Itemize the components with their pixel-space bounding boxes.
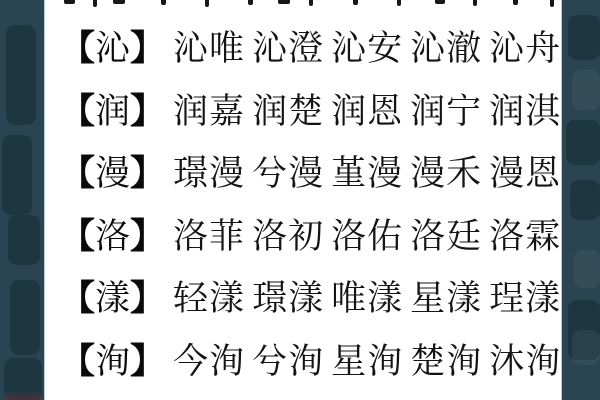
bracket-close-icon: 】 [130,84,165,134]
name-group-row-yang: 【 漾 】 轻漾 璟漾 唯漾 星漾 珵漾 [60,265,562,328]
bracket-close-icon: 】 [130,271,165,321]
pattern-blob [2,135,32,215]
name-item: 润嘉 [173,84,245,134]
group-character: 沁 [95,21,130,71]
glyph-fragment [435,0,445,4]
group-character: 洵 [95,334,130,384]
name-item: 洛霖 [489,209,561,259]
name-group-row-run: 【 润 】 润嘉 润楚 润恩 润宁 润淇 [60,78,562,141]
bracket-close-icon: 】 [130,334,165,384]
glyph-fragment [113,0,125,4]
name-group-list: 【 沁 】 沁唯 沁澄 沁安 沁澈 沁舟 【 润 】 润嘉 润楚 润恩 润宁 润… [60,15,562,390]
pattern-blob [8,215,40,265]
name-item: 星洵 [331,334,403,384]
name-item: 楚洵 [410,334,482,384]
name-item: 沐洵 [489,334,561,384]
glyph-fragment [205,0,209,7]
bracket-open-icon: 【 [60,209,95,259]
glyph-fragment [550,0,554,7]
group-character: 润 [95,84,130,134]
name-item: 轻漾 [173,271,245,321]
group-character: 漫 [95,146,130,196]
glyph-fragment [397,0,401,6]
name-group-row-qin: 【 沁 】 沁唯 沁澄 沁安 沁澈 沁舟 [60,15,562,78]
pattern-blob [6,25,36,125]
name-item: 润恩 [331,84,403,134]
bracket-close-icon: 】 [130,146,165,196]
name-item: 堇漫 [331,146,403,196]
name-item: 今洵 [173,334,245,384]
glyph-fragment [248,0,253,5]
group-character: 洛 [95,209,130,259]
bracket-close-icon: 】 [130,21,165,71]
glyph-fragment [278,0,290,4]
name-list-card: 【 沁 】 沁唯 沁澄 沁安 沁澈 沁舟 【 润 】 润嘉 润楚 润恩 润宁 润… [44,0,562,400]
name-item: 唯漾 [331,271,403,321]
name-item: 沁舟 [489,21,561,71]
name-item: 珵漾 [489,271,561,321]
app-screen: 【 沁 】 沁唯 沁澄 沁安 沁澈 沁舟 【 润 】 润嘉 润楚 润恩 润宁 润… [0,0,600,400]
name-item: 漫禾 [410,146,482,196]
name-item: 璟漾 [252,271,324,321]
pattern-blob [568,15,600,60]
name-item: 沁澄 [252,21,324,71]
pattern-blob [572,330,600,365]
name-group-row-luo: 【 洛 】 洛菲 洛初 洛佑 洛廷 洛霖 [60,203,562,266]
pattern-blob [570,180,600,220]
bracket-open-icon: 【 [60,334,95,384]
name-item: 星漾 [410,271,482,321]
name-item: 洛佑 [331,209,403,259]
name-item: 润宁 [410,84,482,134]
glyph-fragment [513,0,518,5]
name-item: 璟漫 [173,146,245,196]
name-item: 沁唯 [173,21,245,71]
name-item: 洛廷 [410,209,482,259]
glyph-fragment [353,0,358,5]
name-item: 洛初 [252,209,324,259]
bracket-close-icon: 】 [130,209,165,259]
name-group-row-xun: 【 洵 】 今洵 兮洵 星洵 楚洵 沐洵 [60,328,562,391]
name-item: 漫恩 [489,146,561,196]
group-character: 漾 [95,271,130,321]
glyph-fragment [309,0,313,6]
pattern-blob [566,120,600,165]
bracket-open-icon: 【 [60,271,95,321]
glyph-fragment [473,0,477,6]
name-item: 润淇 [489,84,561,134]
glyph-fragment [161,0,166,5]
name-item: 沁澈 [410,21,482,71]
bracket-open-icon: 【 [60,21,95,71]
glyph-fragment [64,0,75,4]
name-item: 沁安 [331,21,403,71]
pattern-blob [574,250,600,288]
pattern-blob [572,70,600,110]
name-item: 兮洵 [252,334,324,384]
pattern-blob [4,393,42,400]
glyph-fragment [93,0,97,7]
name-item: 润楚 [252,84,324,134]
bracket-open-icon: 【 [60,146,95,196]
bracket-open-icon: 【 [60,84,95,134]
name-group-row-man: 【 漫 】 璟漫 兮漫 堇漫 漫禾 漫恩 [60,140,562,203]
name-item: 兮漫 [252,146,324,196]
name-item: 洛菲 [173,209,245,259]
pattern-blob [10,280,40,355]
